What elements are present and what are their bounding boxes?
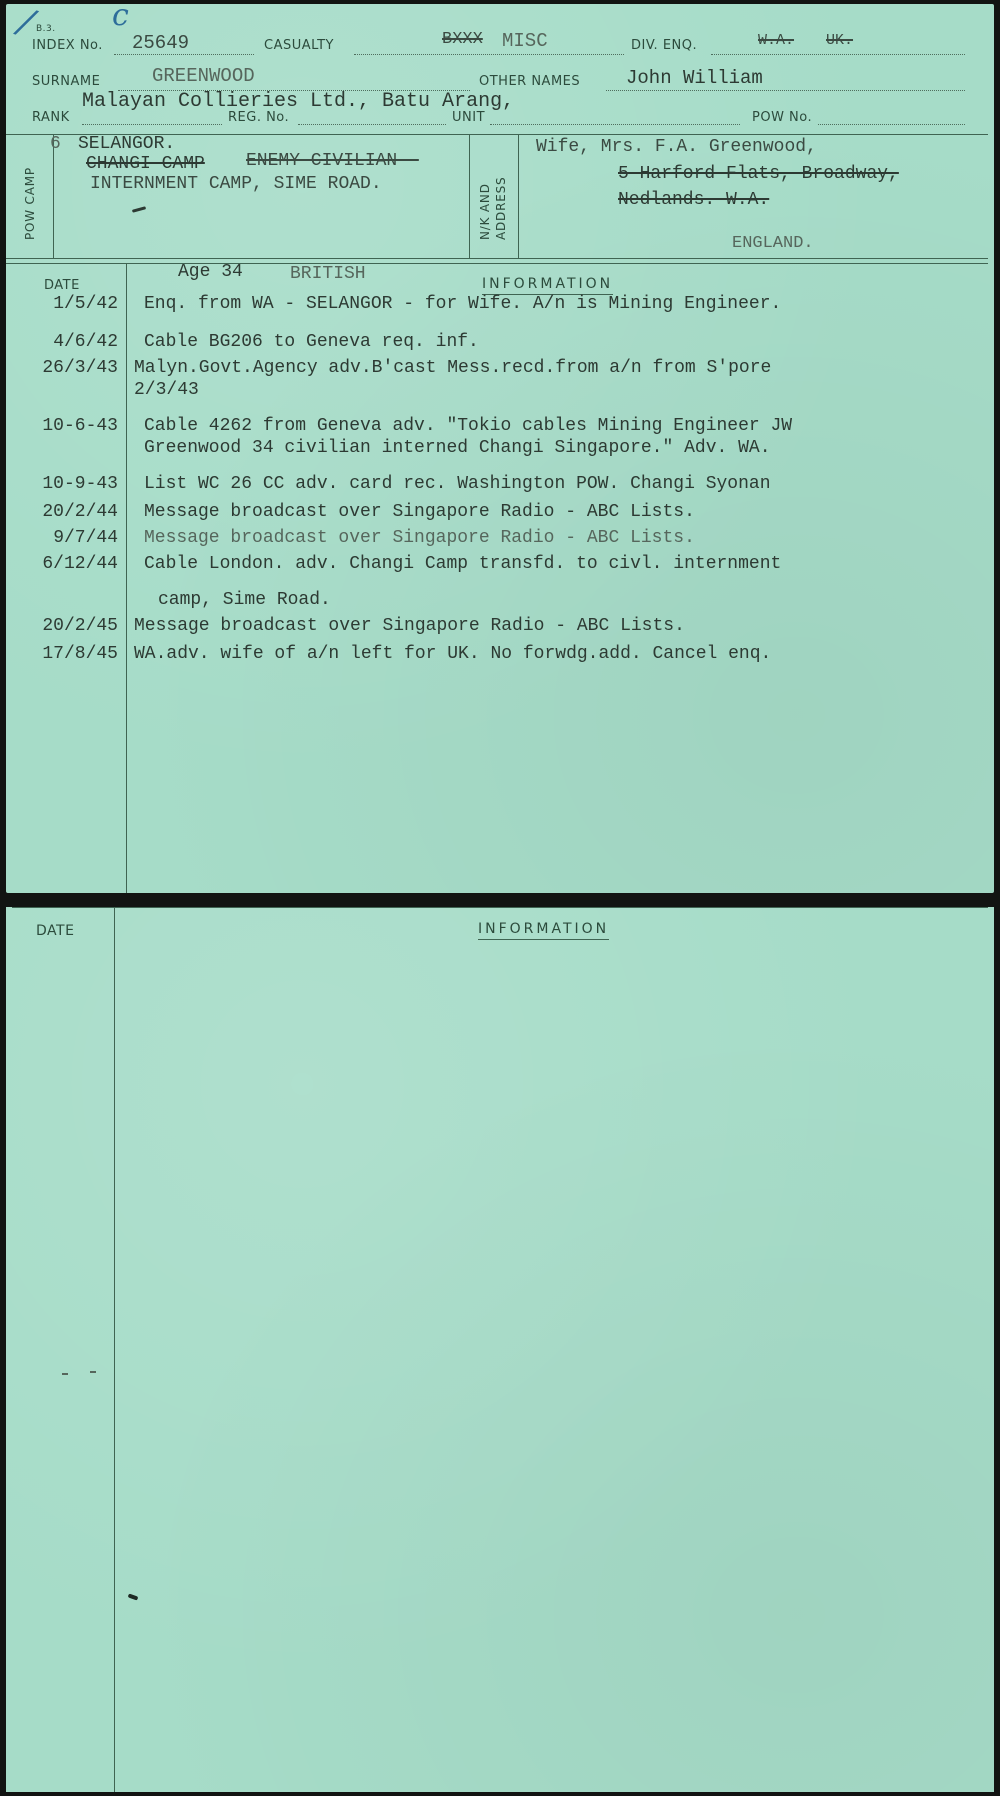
entry-text: Malyn.Govt.Agency adv.B'cast Mess.recd.f… [134,358,771,378]
nk-address-label: N/K AND ADDRESS [477,177,509,240]
back-top-rule [12,907,988,908]
reg-no-dotted-line [298,124,446,125]
card-back: DATE INFORMATION [6,907,994,1792]
entry-text: camp, Sime Road. [158,590,331,610]
entry-text: Cable BG206 to Geneva req. inf. [144,332,479,352]
casualty-value: MISC [502,30,548,52]
casualty-struck: BXXX [442,30,483,49]
entry-date: 6/12/44 [6,554,118,574]
divider-section-bottom-2 [6,263,988,264]
entry-date: 10-9-43 [6,474,118,494]
age-line: Age 34 [178,262,243,282]
entry-text: Message broadcast over Singapore Radio -… [144,502,695,522]
entry-date: 4/6/42 [6,332,118,352]
pow-camp-prefix: 6 [50,134,61,154]
entry-text: 2/3/43 [134,380,199,400]
entry-text: List WC 26 CC adv. card rec. Washington … [144,474,771,494]
entry-text: Cable 4262 from Geneva adv. "Tokio cable… [144,416,792,436]
surname-label: SURNAME [32,74,100,89]
date-column-divider [126,264,127,893]
entry-date: 20/2/44 [6,502,118,522]
entry-date: 9/7/44 [6,528,118,548]
pow-camp-struck-b: ENEMY CIVILIAN - [246,151,419,171]
employer-line: Malayan Collieries Ltd., Batu Arang, [82,90,514,113]
nk-label-line2: ADDRESS [493,177,509,240]
entry-text: Greenwood 34 civilian interned Changi Si… [144,438,771,458]
index-dotted-line [114,54,254,55]
divider-section-bottom-1 [6,258,988,259]
ink-mark [132,206,146,213]
div-enq-dotted-line [711,54,965,55]
unit-label: UNIT [452,110,485,125]
rank-label: RANK [32,110,70,125]
reg-no-label: REG. No. [228,110,289,125]
form-code: B.3. [36,24,56,34]
card-front: / c B.3. INDEX No. 25649 CASUALTY BXXX M… [6,4,994,893]
other-names-dotted-line [606,90,965,91]
pow-camp-line3: INTERNMENT CAMP, SIME ROAD. [90,174,382,194]
back-date-column-divider [114,907,115,1792]
other-names-label: OTHER NAMES [479,74,580,89]
back-date-label: DATE [36,923,74,939]
entry-date: 17/8/45 [6,644,118,664]
rank-dotted-line [82,124,222,125]
entry-text: Enq. from WA - SELANGOR - for Wife. A/n … [144,294,781,314]
other-names-value: John William [626,67,763,89]
faint-mark [90,1371,96,1373]
unit-dotted-line [490,124,740,125]
ink-mark [128,1593,139,1600]
pow-no-dotted-line [818,124,965,125]
entry-text: Message broadcast over Singapore Radio -… [144,528,695,548]
divider-nk-right [518,134,519,258]
index-value: 25649 [132,32,189,54]
nk-label-line1: N/K AND [477,177,493,240]
pow-camp-label: POW CAMP [23,167,37,240]
pow-camp-struck-a: CHANGI CAMP [86,154,205,174]
nk-address-line1: Wife, Mrs. F.A. Greenwood, [536,137,817,157]
entry-text: Cable London. adv. Changi Camp transfd. … [144,554,781,574]
entry-text: Message broadcast over Singapore Radio -… [134,616,685,636]
faint-mark [62,1373,68,1375]
entry-date: 26/3/43 [6,358,118,378]
entry-date: 20/2/45 [6,616,118,636]
div-enq-value: UK. [826,32,853,49]
divider-nk-left [469,134,470,258]
nk-address-line2-struck: 5 Harford Flats,-Broadway, [618,164,899,184]
index-label: INDEX No. [32,38,103,53]
back-information-heading: INFORMATION [478,921,609,940]
entry-date: 10-6-43 [6,416,118,436]
pow-camp-line1: SELANGOR. [78,134,175,154]
div-enq-label: DIV. ENQ. [631,38,697,53]
nationality: BRITISH [290,264,366,284]
casualty-label: CASUALTY [264,38,334,53]
surname-value: GREENWOOD [152,65,255,87]
casualty-dotted-line [354,54,624,55]
pen-letter-annotation: c [112,0,129,33]
nk-address-country: ENGLAND. [732,234,814,253]
date-column-label: DATE [44,278,80,293]
entry-date: 1/5/42 [6,294,118,314]
nk-address-line3-struck: Nedlands.-W.A. [618,190,769,210]
div-enq-struck: W.A. [758,32,794,49]
entry-text: WA.adv. wife of a/n left for UK. No forw… [134,644,771,664]
information-heading: INFORMATION [482,276,613,295]
pow-no-label: POW No. [752,110,812,125]
